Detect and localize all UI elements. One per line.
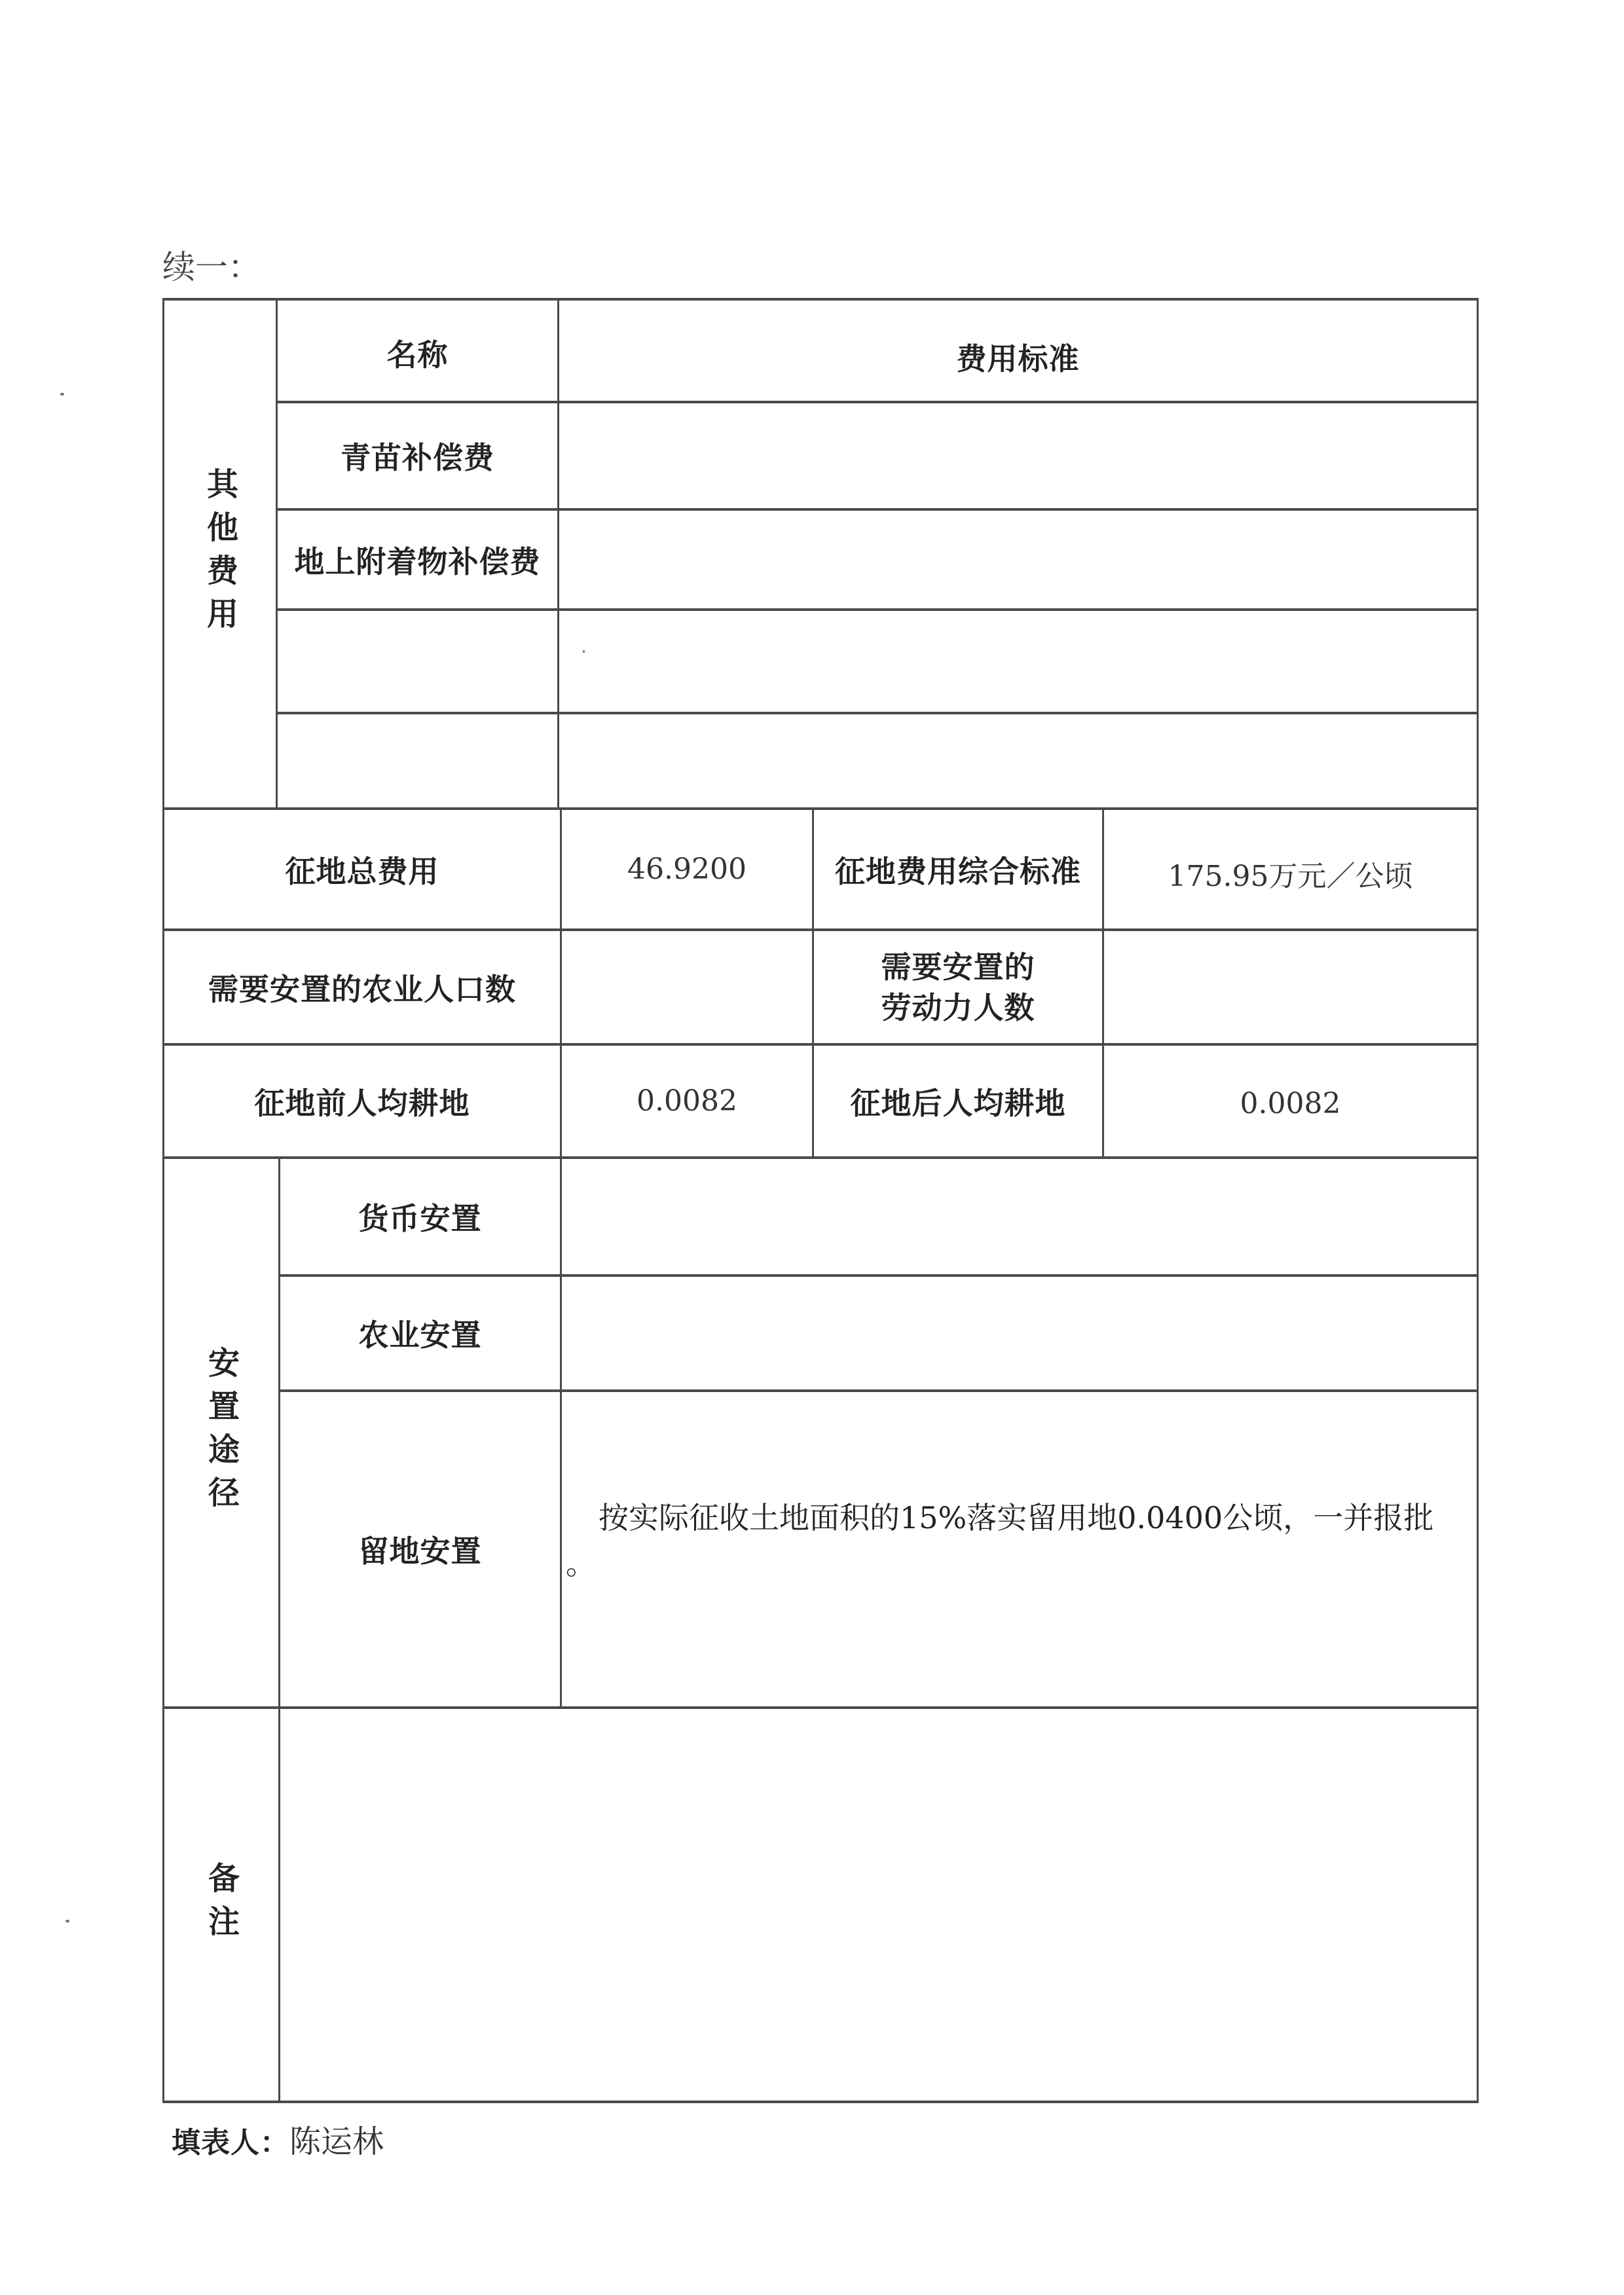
labor-count-value[interactable] [1104,931,1477,1043]
fee-name-attachment-compensation: 地上附着物补偿费 [278,511,557,608]
scan-speck [65,1920,69,1922]
combined-standard-value[interactable]: 175.95万元／公顷 [1104,810,1477,928]
scan-speck [60,393,64,395]
remarks-category: 备注 [164,1709,278,2101]
fee-name-blank-1[interactable] [278,611,557,712]
resettlement-content-reserved-land[interactable]: 按实际征收土地面积的15%落实留用地0.0400公顷，一并报批 。 [562,1392,1477,1706]
column-header-name: 名称 [278,300,557,401]
fee-name-crop-compensation: 青苗补偿费 [278,403,557,508]
before-per-capita-value[interactable]: 0.0082 [562,1046,812,1156]
after-per-capita-label: 征地后人均耕地 [814,1046,1102,1156]
remarks-content[interactable] [280,1709,1477,2101]
fee-standard-blank-1[interactable] [559,611,1477,712]
resettlement-content-monetary[interactable] [562,1159,1477,1274]
table-border-right [1477,298,1479,2102]
agri-population-label: 需要安置的农业人口数 [164,931,560,1043]
fee-standard-crop-compensation[interactable] [559,403,1477,508]
filler-label: 填表人： [172,2126,289,2159]
labor-count-label: 需要安置的 劳动力人数 [814,931,1102,1043]
filler-name: 陈运林 [289,2123,384,2160]
fee-standard-blank-2[interactable] [559,714,1477,807]
combined-standard-label: 征地费用综合标准 [814,810,1102,928]
table-border-bottom [162,2101,1479,2103]
resettlement-name-agricultural: 农业安置 [280,1277,560,1389]
continuation-caption: 续一： [162,241,261,288]
fee-name-blank-2[interactable] [278,714,557,807]
total-cost-value[interactable]: 46.9200 [562,810,812,928]
resettlement-name-monetary: 货币安置 [280,1159,560,1274]
column-header-standard: 费用标准 [559,300,1477,401]
filler-signature: 填表人：陈运林 [172,2116,384,2161]
fee-standard-attachment-compensation[interactable] [559,511,1477,608]
labor-count-label-line2: 劳动力人数 [881,987,1035,1028]
agri-population-value[interactable] [562,931,812,1043]
reserved-land-text-line2: 。 [566,1543,596,1585]
before-per-capita-label: 征地前人均耕地 [164,1046,560,1156]
resettlement-name-reserved-land: 留地安置 [280,1392,560,1706]
total-cost-label: 征地总费用 [164,810,560,928]
reserved-land-text-line1: 按实际征收土地面积的15%落实留用地0.0400公顷，一并报批 [599,1497,1433,1539]
after-per-capita-value[interactable]: 0.0082 [1104,1046,1477,1156]
other-fees-category: 其他费用 [164,300,276,807]
resettlement-category: 安置途径 [164,1159,278,1706]
resettlement-content-agricultural[interactable] [562,1277,1477,1389]
labor-count-label-line1: 需要安置的 [881,947,1035,987]
